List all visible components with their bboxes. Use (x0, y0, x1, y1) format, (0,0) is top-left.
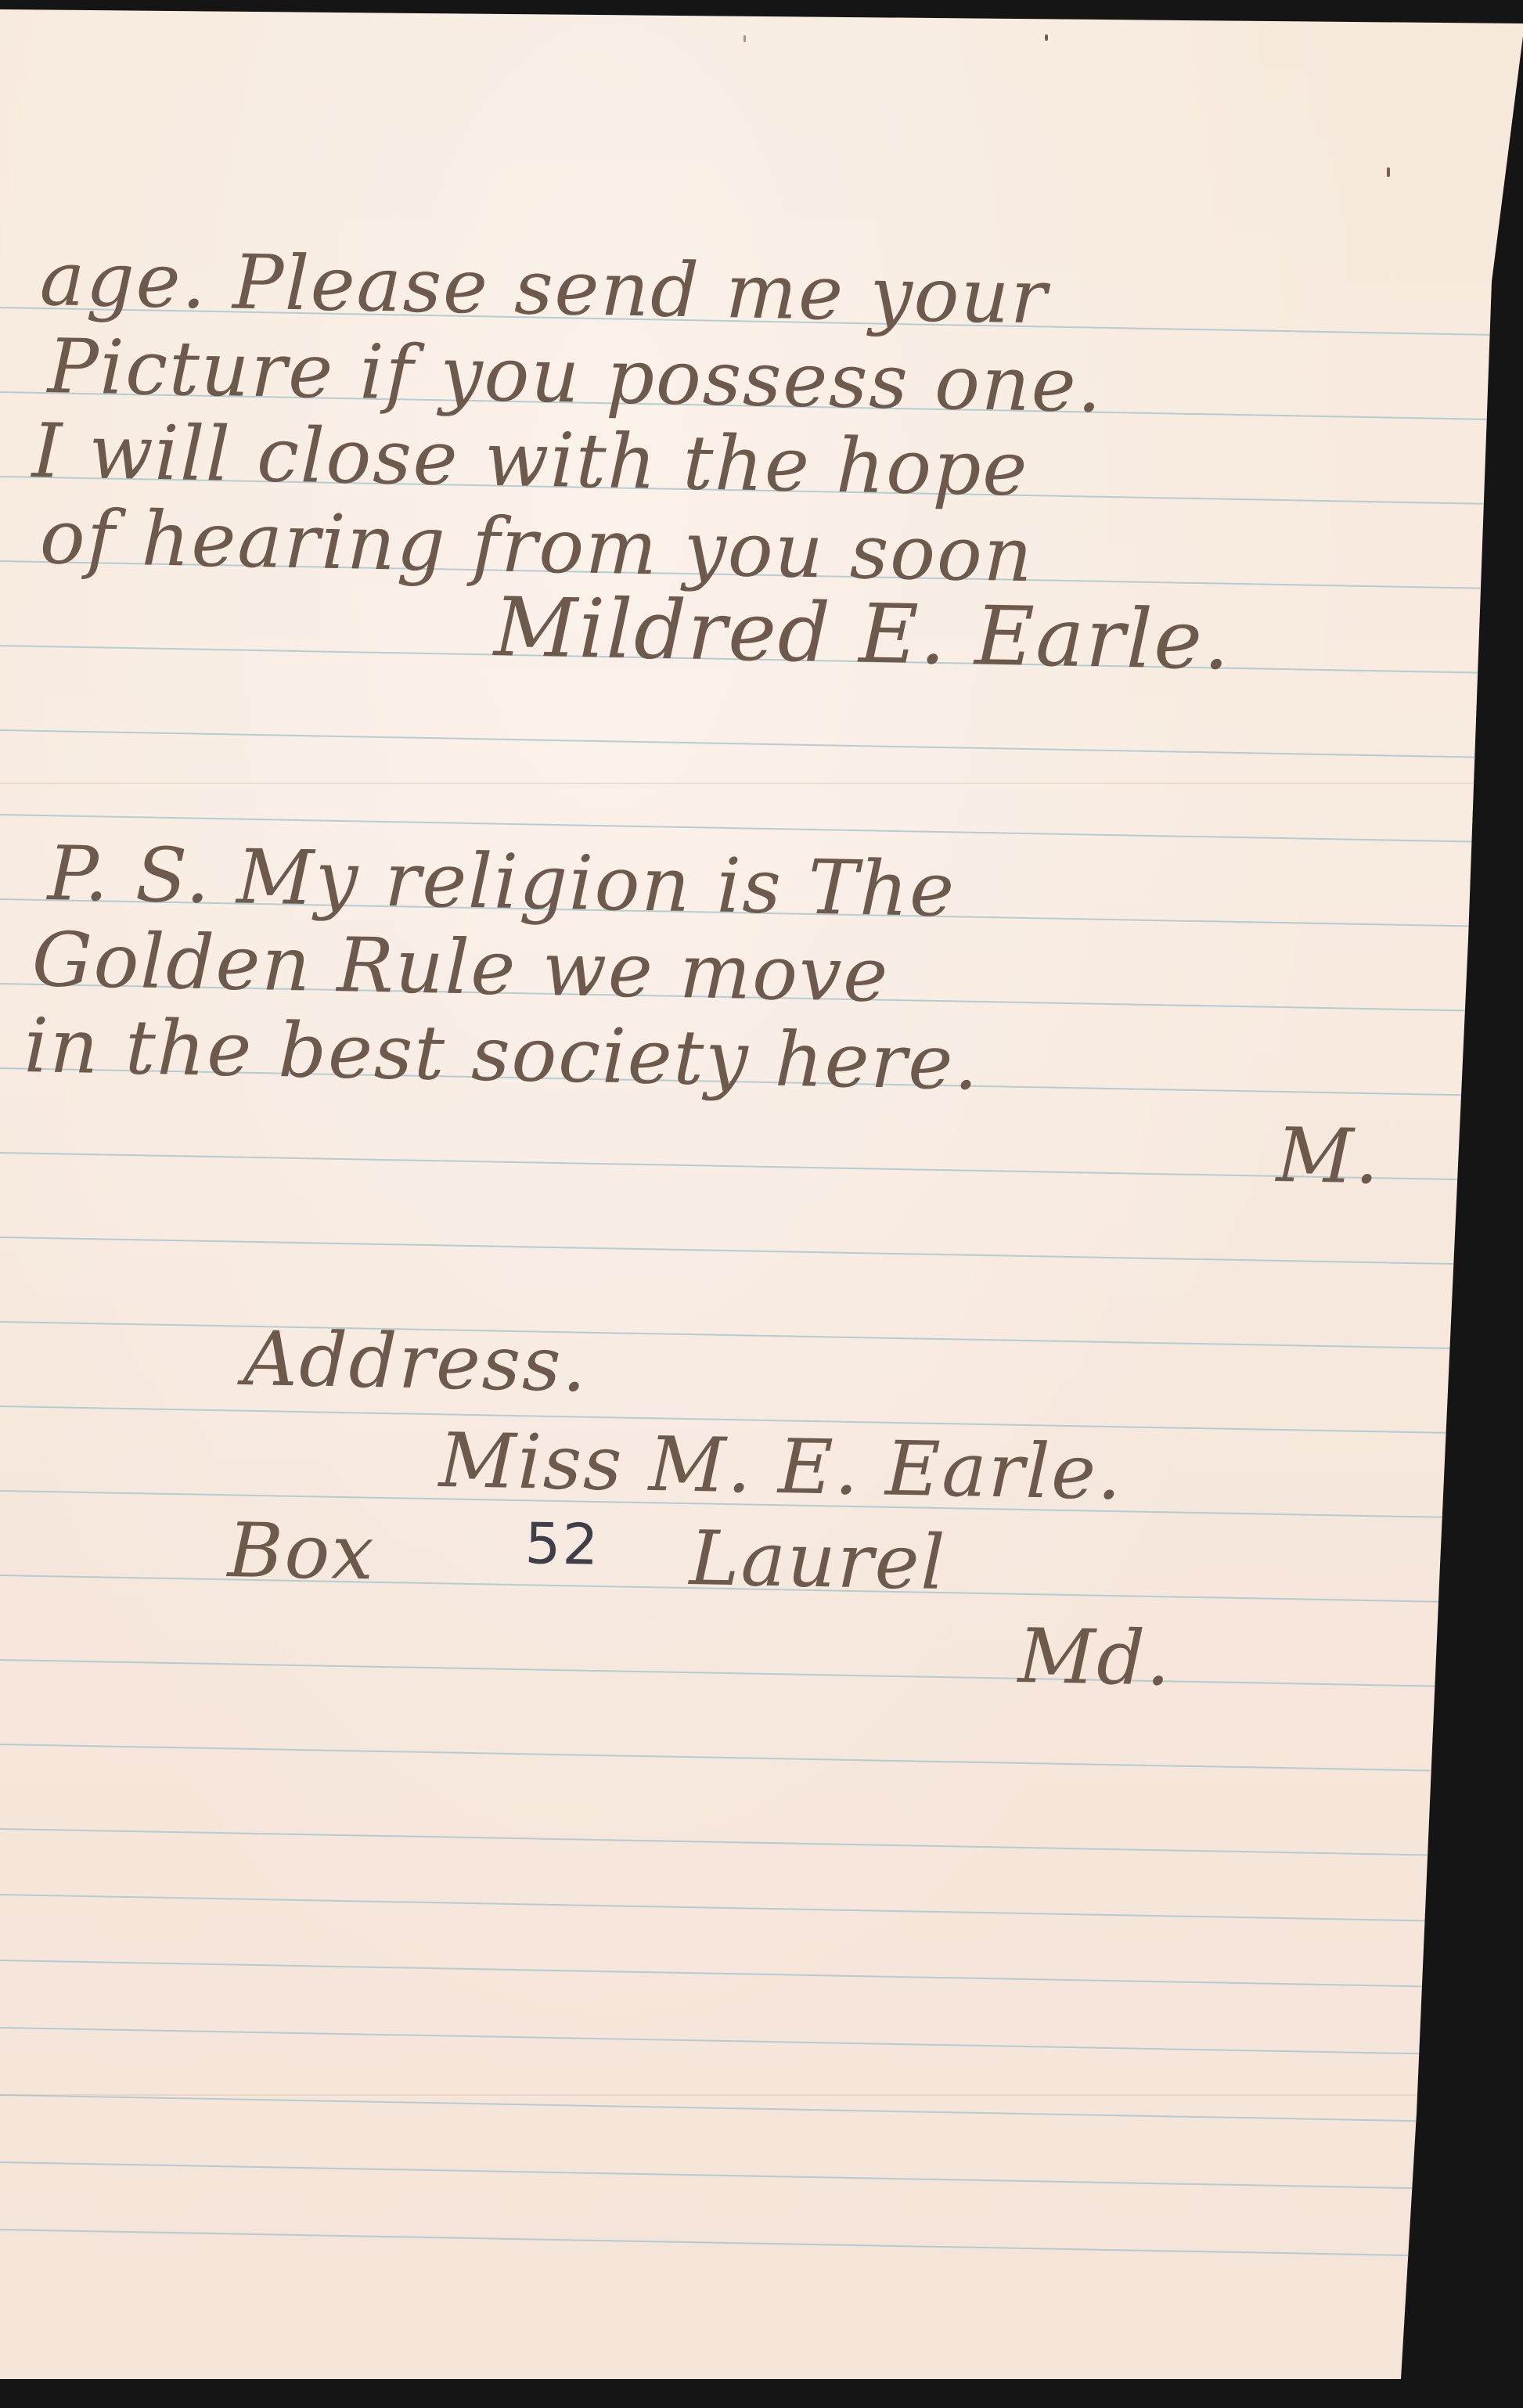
ruled-line (0, 2027, 1523, 2057)
ruled-line (0, 2094, 1523, 2125)
ruled-line (0, 1894, 1523, 1924)
ruled-line (0, 2229, 1523, 2259)
ruled-line (0, 1236, 1523, 1267)
address-name: Miss M. E. Earle. (438, 1416, 1124, 1517)
address-box-number: 52 (524, 1510, 600, 1578)
ink-speck (1387, 167, 1390, 177)
ruled-line (0, 729, 1523, 760)
address-town: Laurel (689, 1514, 947, 1607)
address-box-prefix: Box (227, 1506, 376, 1596)
postscript-line: in the best society here. (23, 1002, 981, 1107)
ruled-line (0, 1960, 1523, 1990)
ruled-line (0, 1744, 1523, 1774)
ruled-line (0, 2161, 1523, 2192)
paper-fold (0, 783, 1523, 784)
ruled-line (0, 1828, 1523, 1859)
ink-speck (1045, 34, 1048, 41)
ink-speck (743, 35, 746, 42)
ruled-line (0, 1321, 1523, 1352)
signature: Mildred E. Earle. (493, 579, 1232, 688)
postscript-initial: M. (1276, 1111, 1381, 1200)
address-state: Md. (1017, 1612, 1172, 1703)
letter-page: age. Please send me your Picture if you … (0, 0, 1523, 2408)
ruled-line (0, 1659, 1523, 1690)
address-label: Address. (243, 1315, 589, 1409)
paper-fold (0, 2094, 1523, 2096)
